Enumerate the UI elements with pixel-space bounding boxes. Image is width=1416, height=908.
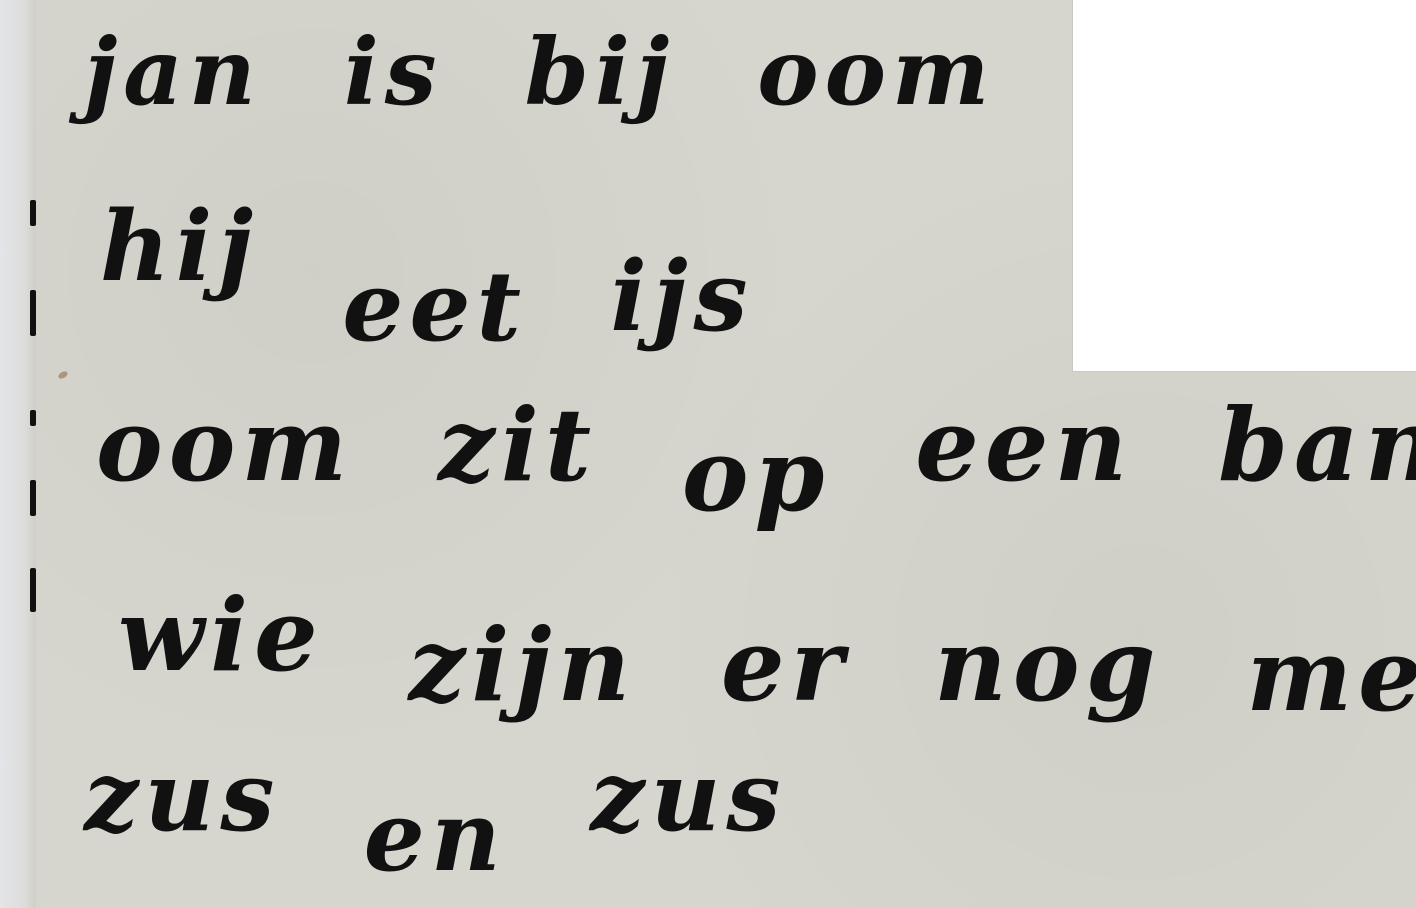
word: wie [118,576,324,694]
word: bij [525,18,676,126]
word: zus [84,740,280,853]
word: hij [100,190,259,303]
margin-mark [30,290,36,336]
word: zijn [409,606,637,724]
word: bank [1218,386,1416,504]
word: oom [96,386,353,504]
margin-mark [30,568,36,612]
margin-mark [30,410,36,426]
text-line-3: oom zit op een bank [96,386,1416,504]
word: een [915,386,1133,504]
word: zit [438,386,597,504]
handwritten-page: jan is bij oom hij eet ijs oom zit op ee… [0,0,1416,908]
margin-mark [30,480,36,516]
word: meer [1246,616,1416,734]
margin-mark [30,200,36,226]
word: oom [757,18,995,126]
word: zus [590,740,786,853]
word: er [721,606,849,724]
text-line-4: wie zijn er nog meer [118,576,1416,694]
text-line-5: zus en zus [84,740,830,853]
text-line-1: jan is bij oom [84,18,1039,126]
word: jan [84,18,262,126]
text-line-2: hij eet ijs [100,190,798,303]
word: nog [934,606,1161,724]
word: op [682,416,831,534]
left-margin [0,0,36,908]
blank-patch [1072,0,1416,372]
word: ijs [610,240,753,353]
word: is [344,18,443,126]
word: eet [342,250,527,363]
word: en [364,780,507,893]
